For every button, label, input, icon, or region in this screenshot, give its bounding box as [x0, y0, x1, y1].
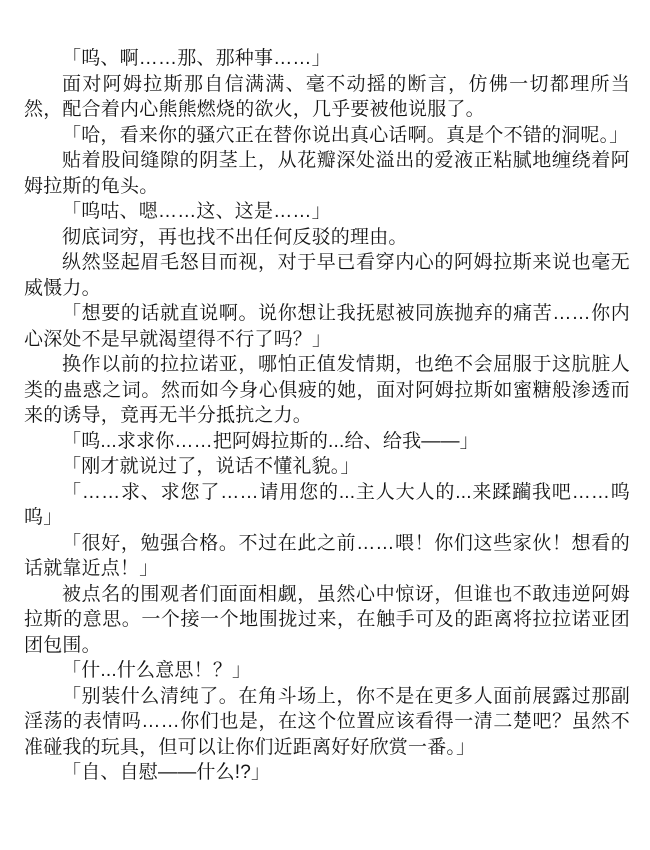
text-paragraph: 彻底词穷，再也找不出任何反驳的理由。 — [24, 225, 630, 251]
text-paragraph: 「想要的话就直说啊。说你想让我抚慰被同族抛弃的痛苦……你内心深处不是早就渴望得不… — [24, 301, 630, 352]
reader-page: 「呜、啊……那、那种事……」 面对阿姆拉斯那自信满满、毫不动摇的断言，仿佛一切都… — [0, 0, 650, 850]
text-paragraph: 「自、自慰——什么!?」 — [24, 760, 630, 786]
text-paragraph: 贴着股间缝隙的阴茎上，从花瓣深处溢出的爱液正粘腻地缠绕着阿姆拉斯的龟头。 — [24, 148, 630, 199]
text-paragraph: 「别装什么清纯了。在角斗场上，你不是在更多人面前展露过那副淫荡的表情吗……你们也… — [24, 684, 630, 761]
text-paragraph: 「哈，看来你的骚穴正在替你说出真心话啊。真是个不错的洞呢。」 — [24, 123, 630, 149]
text-paragraph: 「什...什么意思！？」 — [24, 658, 630, 684]
text-paragraph: 「呜...求求你……把阿姆拉斯的...给、给我——」 — [24, 429, 630, 455]
text-paragraph: 「很好，勉强合格。不过在此之前……喂！你们这些家伙！想看的话就靠近点！」 — [24, 531, 630, 582]
text-paragraph: 被点名的围观者们面面相觑，虽然心中惊讶，但谁也不敢违逆阿姆拉斯的意思。一个接一个… — [24, 582, 630, 659]
text-paragraph: 换作以前的拉拉诺亚，哪怕正值发情期，也绝不会屈服于这肮脏人类的蛊惑之词。然而如今… — [24, 352, 630, 429]
text-paragraph: 「呜、啊……那、那种事……」 — [24, 46, 630, 72]
text-paragraph: 「……求、求您了……请用您的...主人大人的...来蹂躏我吧……呜呜」 — [24, 480, 630, 531]
text-paragraph: 「呜咕、嗯……这、这是……」 — [24, 199, 630, 225]
text-paragraph: 面对阿姆拉斯那自信满满、毫不动摇的断言，仿佛一切都理所当然，配合着内心熊熊燃烧的… — [24, 72, 630, 123]
text-paragraph: 纵然竖起眉毛怒目而视，对于早已看穿内心的阿姆拉斯来说也毫无威慑力。 — [24, 250, 630, 301]
text-paragraph: 「刚才就说过了，说话不懂礼貌。」 — [24, 454, 630, 480]
